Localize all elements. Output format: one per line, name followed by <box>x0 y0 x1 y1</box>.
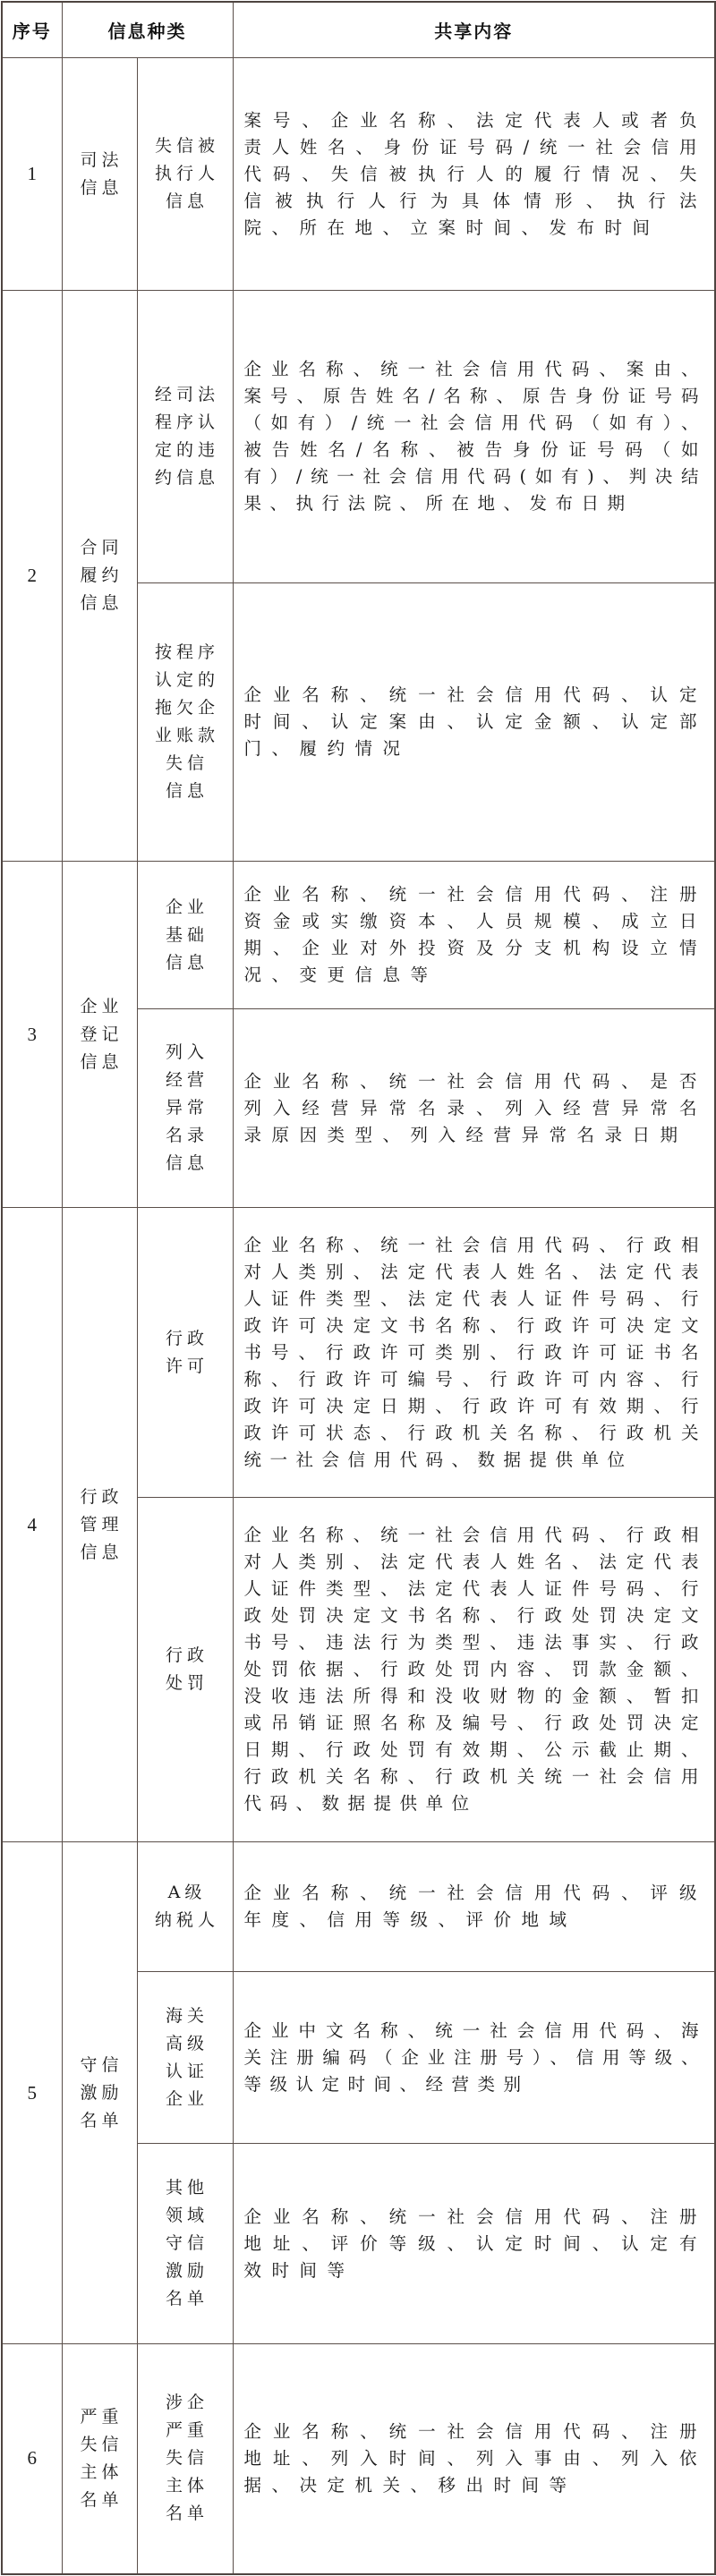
row-content: 企业名称、统一社会信用代码、行政相对人类别、法定代表人姓名、法定代表人证件类型、… <box>233 1208 715 1498</box>
table-row: 4 行政管理信息 行政许可 企业名称、统一社会信用代码、行政相对人类别、法定代表… <box>2 1208 715 1498</box>
row-content: 企业名称、统一社会信用代码、注册资金或实缴资本、人员规模、成立日期、企业对外投资… <box>233 862 715 1009</box>
table-row: 3 企业登记信息 企业基础信息 企业名称、统一社会信用代码、注册资金或实缴资本、… <box>2 862 715 1009</box>
row-seq: 4 <box>2 1208 62 1842</box>
row-seq: 1 <box>2 58 62 291</box>
header-content: 共享内容 <box>233 2 715 58</box>
row-subcategory: 失信被执行人信息 <box>137 58 233 291</box>
row-category: 守信激励名单 <box>62 1842 137 2344</box>
table-row: 1 司法信息 失信被执行人信息 案号、企业名称、法定代表人或者负责人姓名、身份证… <box>2 58 715 291</box>
table-header-row: 序号 信息种类 共享内容 <box>2 2 715 58</box>
row-seq: 5 <box>2 1842 62 2344</box>
row-seq: 3 <box>2 862 62 1208</box>
header-seq: 序号 <box>2 2 62 58</box>
row-category: 企业登记信息 <box>62 862 137 1208</box>
table-row: 6 严重失信主体名单 涉企严重失信主体名单 企业名称、统一社会信用代码、注册地址… <box>2 2344 715 2574</box>
row-content: 企业名称、统一社会信用代码、评级年度、信用等级、评价地域 <box>233 1842 715 1972</box>
row-subcategory: 涉企严重失信主体名单 <box>137 2344 233 2574</box>
row-category: 严重失信主体名单 <box>62 2344 137 2574</box>
row-category: 合同履约信息 <box>62 291 137 862</box>
row-content: 企业名称、统一社会信用代码、注册地址、列入时间、列入事由、列入依据、决定机关、移… <box>233 2344 715 2574</box>
row-subcategory: 列入经营异常名录信息 <box>137 1009 233 1208</box>
row-category: 司法信息 <box>62 58 137 291</box>
row-seq: 2 <box>2 291 62 862</box>
row-content: 企业名称、统一社会信用代码、行政相对人类别、法定代表人姓名、法定代表人证件类型、… <box>233 1498 715 1842</box>
row-content: 企业名称、统一社会信用代码、认定时间、认定案由、认定金额、认定部门、履约情况 <box>233 583 715 862</box>
row-subcategory: 经司法程序认定的违约信息 <box>137 291 233 583</box>
row-seq: 6 <box>2 2344 62 2574</box>
row-subcategory: 企业基础信息 <box>137 862 233 1009</box>
table-row: 5 守信激励名单 A级纳税人 企业名称、统一社会信用代码、评级年度、信用等级、评… <box>2 1842 715 1972</box>
row-subcategory: 按程序认定的拖欠企业账款失信信息 <box>137 583 233 862</box>
row-subcategory: 海关高级认证企业 <box>137 1972 233 2144</box>
row-content: 企业中文名称、统一社会信用代码、海关注册编码（企业注册号）、信用等级、等级认定时… <box>233 1972 715 2144</box>
row-content: 企业名称、统一社会信用代码、案由、案号、原告姓名/名称、原告身份证号码（如有）/… <box>233 291 715 583</box>
header-category: 信息种类 <box>62 2 233 58</box>
row-category: 行政管理信息 <box>62 1208 137 1842</box>
row-subcategory: 行政处罚 <box>137 1498 233 1842</box>
row-subcategory: A级纳税人 <box>137 1842 233 1972</box>
row-subcategory: 行政许可 <box>137 1208 233 1498</box>
row-content: 企业名称、统一社会信用代码、注册地址、评价等级、认定时间、认定有效时间等 <box>233 2144 715 2344</box>
row-subcategory: 其他领域守信激励名单 <box>137 2144 233 2344</box>
table-row: 2 合同履约信息 经司法程序认定的违约信息 企业名称、统一社会信用代码、案由、案… <box>2 291 715 583</box>
row-content: 案号、企业名称、法定代表人或者负责人姓名、身份证号码/统一社会信用代码、失信被执… <box>233 58 715 291</box>
row-content: 企业名称、统一社会信用代码、是否列入经营异常名录、列入经营异常名录原因类型、列入… <box>233 1009 715 1208</box>
credit-info-sharing-table: 序号 信息种类 共享内容 1 司法信息 失信被执行人信息 案号、企业名称、法定代… <box>1 1 716 2575</box>
